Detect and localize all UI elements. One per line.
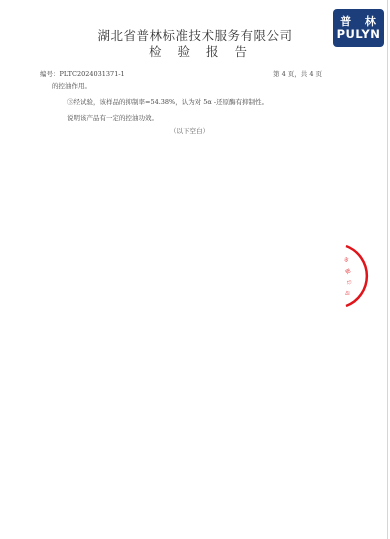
svg-text:公: 公: [345, 279, 352, 285]
report-number: 编号：PLTC2024031371-1: [40, 69, 125, 78]
body-line-1: 的控油作用。: [52, 81, 91, 90]
page-info: 第 4 页，共 4 页: [273, 69, 322, 78]
svg-text:务: 务: [344, 256, 350, 265]
body-line-2: ③经试验，该样品的抑制率=54.38%，认为对 5α -还原酶有抑制性。: [67, 97, 268, 106]
svg-text:司: 司: [344, 290, 351, 296]
svg-text:服: 服: [344, 268, 352, 276]
report-title: 检 验 报 告: [0, 42, 390, 60]
body-line-3: 说明该产品有一定的控油功效。: [67, 113, 158, 122]
official-seal-icon: 务 服 公 司: [344, 242, 390, 310]
blank-below-note: （以下空白）: [170, 126, 209, 135]
